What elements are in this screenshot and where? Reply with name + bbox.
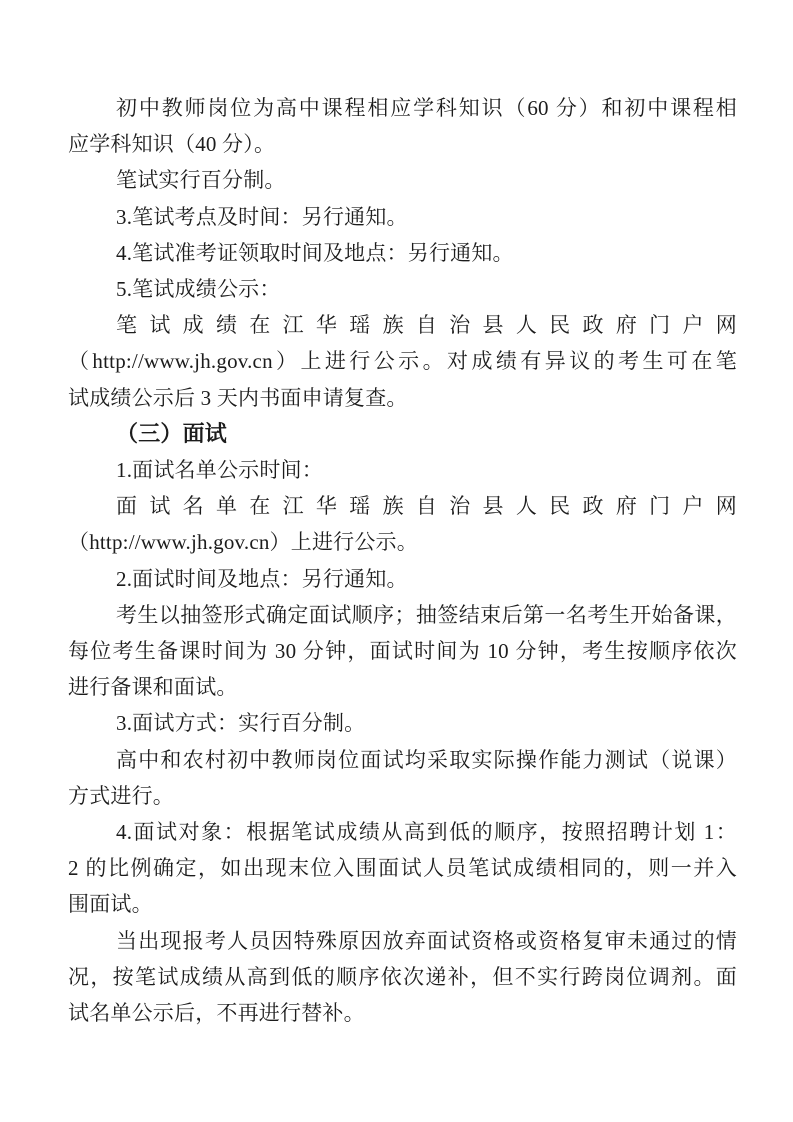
doc-line: 高中和农村初中教师岗位面试均采取实际操作能力测试（说课） xyxy=(68,742,737,778)
doc-line: 2 的比例确定，如出现末位入围面试人员笔试成绩相同的，则一并入 xyxy=(68,850,737,886)
doc-line: 方式进行。 xyxy=(68,778,737,814)
doc-line: 考生以抽签形式确定面试顺序；抽签结束后第一名考生开始备课， xyxy=(68,597,737,633)
doc-line: 5.笔试成绩公示： xyxy=(68,271,737,307)
doc-line: 笔试实行百分制。 xyxy=(68,162,737,198)
doc-line: 围面试。 xyxy=(68,886,737,922)
doc-line: 每位考生备课时间为 30 分钟，面试时间为 10 分钟，考生按顺序依次 xyxy=(68,633,737,669)
doc-line: 3.笔试考点及时间：另行通知。 xyxy=(68,199,737,235)
doc-line: 面 试 名 单 在 江 华 瑶 族 自 治 县 人 民 政 府 门 户 网 xyxy=(68,488,737,524)
doc-line: 应学科知识（40 分）。 xyxy=(68,126,737,162)
doc-line: 4.笔试准考证领取时间及地点：另行通知。 xyxy=(68,235,737,271)
doc-line: 4.面试对象：根据笔试成绩从高到低的顺序，按照招聘计划 1： xyxy=(68,814,737,850)
doc-line: 试名单公示后，不再进行替补。 xyxy=(68,995,737,1031)
doc-line-url: （http://www.jh.gov.cn）上进行公示。对成绩有异议的考生可在笔 xyxy=(68,343,737,379)
doc-line: 当出现报考人员因特殊原因放弃面试资格或资格复审未通过的情 xyxy=(68,923,737,959)
document-page: 初中教师岗位为高中课程相应学科知识（60 分）和初中课程相 应学科知识（40 分… xyxy=(0,0,793,1122)
doc-line: 2.面试时间及地点：另行通知。 xyxy=(68,561,737,597)
doc-line: 进行备课和面试。 xyxy=(68,669,737,705)
doc-line: 3.面试方式：实行百分制。 xyxy=(68,705,737,741)
doc-line: 笔 试 成 绩 在 江 华 瑶 族 自 治 县 人 民 政 府 门 户 网 xyxy=(68,307,737,343)
doc-line: 试成绩公示后 3 天内书面申请复查。 xyxy=(68,380,737,416)
doc-line-url: （http://www.jh.gov.cn）上进行公示。 xyxy=(68,524,737,560)
doc-line: 初中教师岗位为高中课程相应学科知识（60 分）和初中课程相 xyxy=(68,90,737,126)
section-heading: （三）面试 xyxy=(68,416,737,452)
doc-line: 1.面试名单公示时间： xyxy=(68,452,737,488)
doc-line: 况，按笔试成绩从高到低的顺序依次递补，但不实行跨岗位调剂。面 xyxy=(68,959,737,995)
